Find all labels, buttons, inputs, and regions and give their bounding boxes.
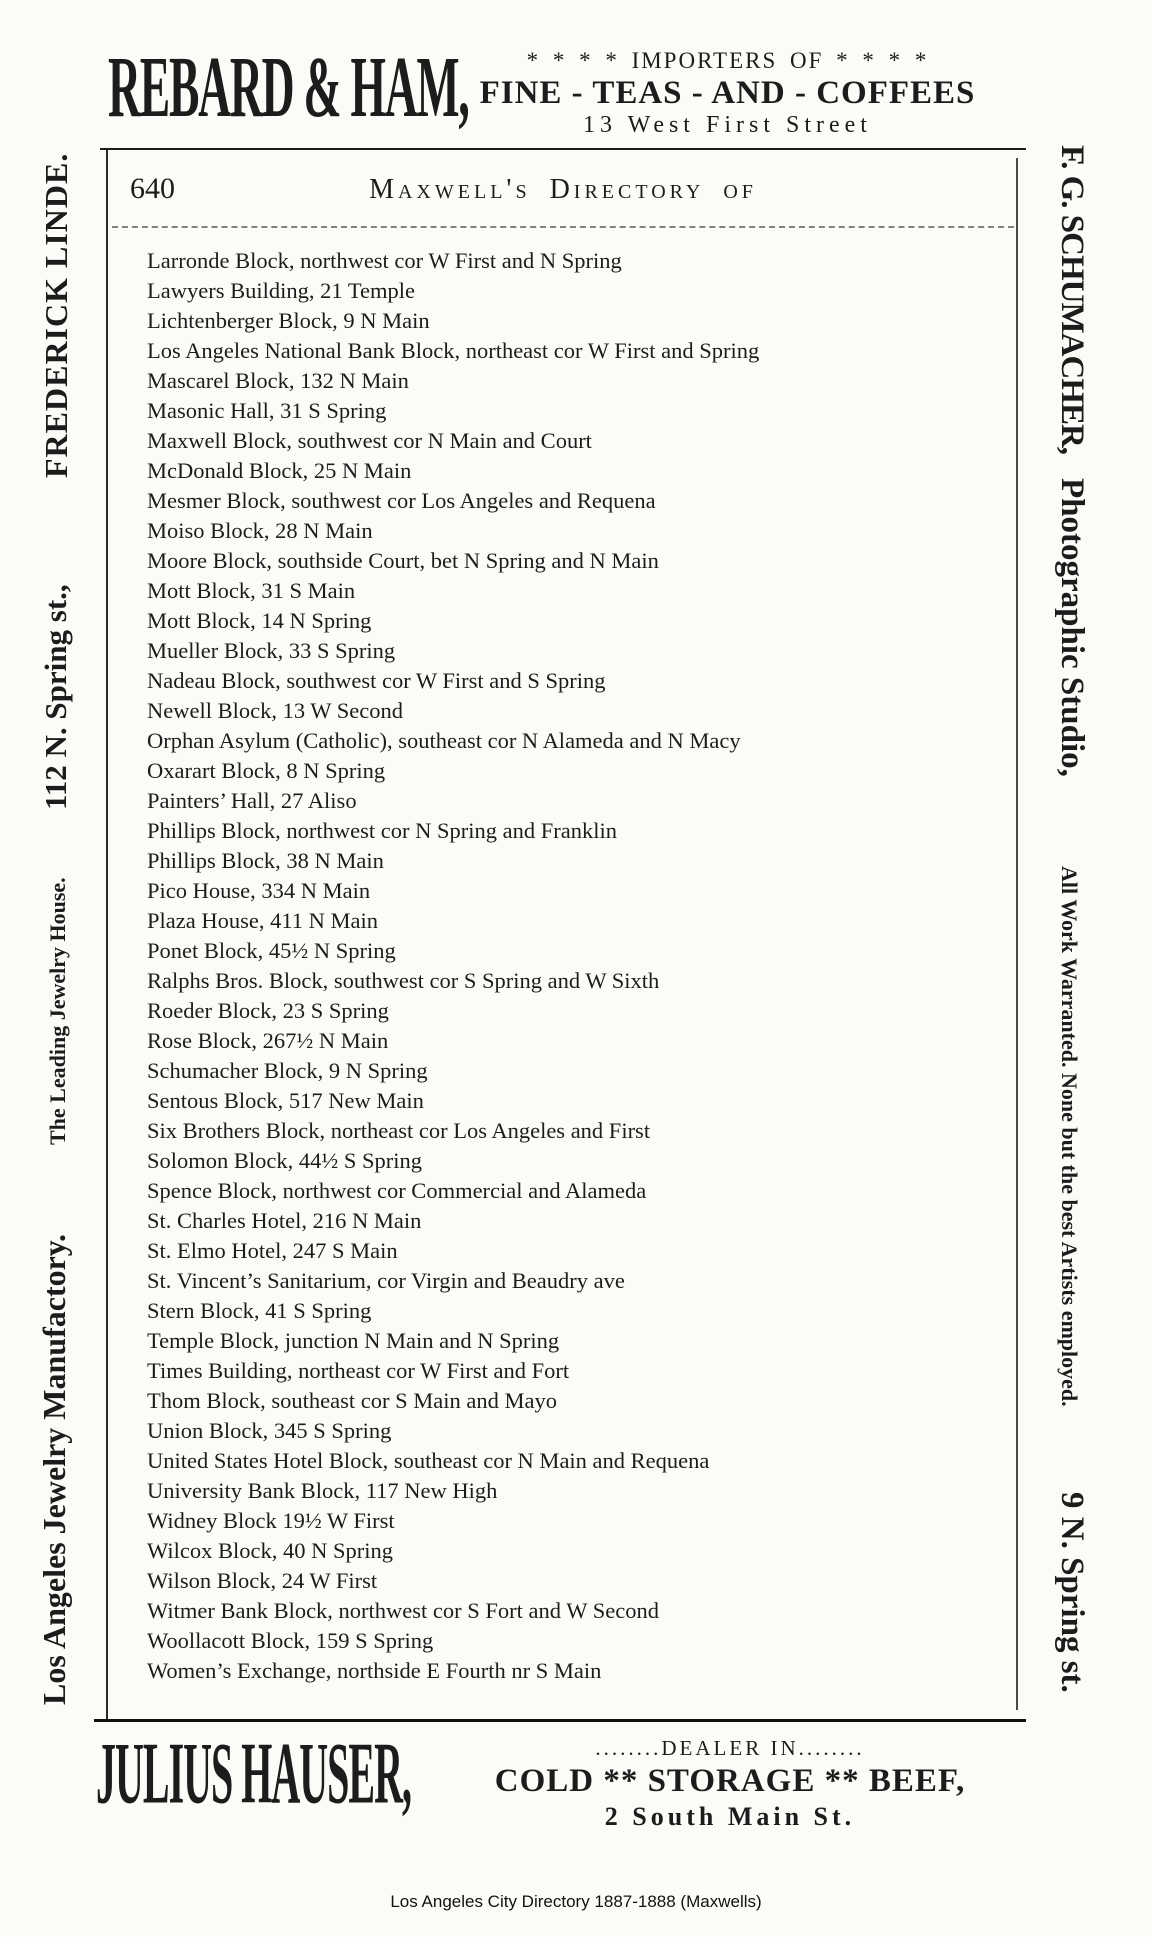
directory-entry: Larronde Block, northwest cor W First an… xyxy=(147,246,1009,276)
directory-entry: Thom Block, southeast cor S Main and May… xyxy=(147,1386,1009,1416)
top-ad-detail: * * * * IMPORTERS OF * * * * FINE - TEAS… xyxy=(420,48,1035,139)
directory-entry: Moore Block, southside Court, bet N Spri… xyxy=(147,546,1009,576)
directory-entry: Newell Block, 13 W Second xyxy=(147,696,1009,726)
directory-entry: Pico House, 334 N Main xyxy=(147,876,1009,906)
directory-entry: Ralphs Bros. Block, southwest cor S Spri… xyxy=(147,966,1009,996)
top-ad-company-name: REBARD & HAM, xyxy=(108,44,469,131)
directory-entry: Masonic Hall, 31 S Spring xyxy=(147,396,1009,426)
content-left-border xyxy=(106,150,108,1720)
directory-entry: Witmer Bank Block, northwest cor S Fort … xyxy=(147,1596,1009,1626)
directory-entry: Rose Block, 267½ N Main xyxy=(147,1026,1009,1056)
directory-entry: Orphan Asylum (Catholic), southeast cor … xyxy=(147,726,1009,756)
directory-entry: Union Block, 345 S Spring xyxy=(147,1416,1009,1446)
bottom-ad-detail: ........DEALER IN........ COLD ** STORAG… xyxy=(430,1736,1030,1832)
directory-entry: Mott Block, 14 N Spring xyxy=(147,606,1009,636)
directory-list: Larronde Block, northwest cor W First an… xyxy=(147,246,1009,1686)
bottom-ad-product-line: COLD ** STORAGE ** BEEF, xyxy=(430,1763,1030,1800)
directory-entry: United States Hotel Block, southeast cor… xyxy=(147,1446,1009,1476)
top-ad-address: 13 West First Street xyxy=(420,112,1035,139)
directory-entry: Roeder Block, 23 S Spring xyxy=(147,996,1009,1026)
scan-caption: Los Angeles City Directory 1887-1888 (Ma… xyxy=(0,1892,1152,1912)
directory-entry: Widney Block 19½ W First xyxy=(147,1506,1009,1536)
directory-entry: Los Angeles National Bank Block, northea… xyxy=(147,336,1009,366)
directory-entry: Sentous Block, 517 New Main xyxy=(147,1086,1009,1116)
bottom-ad-company-name: JULIUS HAUSER, xyxy=(96,1730,411,1818)
directory-entry: Oxarart Block, 8 N Spring xyxy=(147,756,1009,786)
left-ad-address: 112 N. Spring st., xyxy=(38,520,98,810)
directory-entry: Wilson Block, 24 W First xyxy=(147,1566,1009,1596)
header-divider-rule xyxy=(112,226,1014,228)
directory-entry: Mesmer Block, southwest cor Los Angeles … xyxy=(147,486,1009,516)
directory-entry: Phillips Block, 38 N Main xyxy=(147,846,1009,876)
right-ad-tagline: All Work Warranted. None but the best Ar… xyxy=(1036,866,1082,1496)
directory-entry: Phillips Block, northwest cor N Spring a… xyxy=(147,816,1009,846)
directory-entry: Spence Block, northwest cor Commercial a… xyxy=(147,1176,1009,1206)
directory-entry: Mascarel Block, 132 N Main xyxy=(147,366,1009,396)
left-ad-manufactory-line: Los Angeles Jewelry Manufactory. xyxy=(36,1145,98,1705)
top-rule xyxy=(100,148,1026,150)
directory-entry: Ponet Block, 45½ N Spring xyxy=(147,936,1009,966)
directory-entry: Maxwell Block, southwest cor N Main and … xyxy=(147,426,1009,456)
directory-entry: Nadeau Block, southwest cor W First and … xyxy=(147,666,1009,696)
directory-entry: Wilcox Block, 40 N Spring xyxy=(147,1536,1009,1566)
directory-entry: St. Vincent’s Sanitarium, cor Virgin and… xyxy=(147,1266,1009,1296)
directory-entry: Stern Block, 41 S Spring xyxy=(147,1296,1009,1326)
directory-entry: Woollacott Block, 159 S Spring xyxy=(147,1626,1009,1656)
directory-entry: University Bank Block, 117 New High xyxy=(147,1476,1009,1506)
page-title: Maxwell's Directory of xyxy=(110,174,1016,206)
directory-entry: Moiso Block, 28 N Main xyxy=(147,516,1009,546)
directory-entry: Lichtenberger Block, 9 N Main xyxy=(147,306,1009,336)
directory-entry: Temple Block, junction N Main and N Spri… xyxy=(147,1326,1009,1356)
directory-entry: Plaza House, 411 N Main xyxy=(147,906,1009,936)
directory-entry: Solomon Block, 44½ S Spring xyxy=(147,1146,1009,1176)
directory-entry: Mueller Block, 33 S Spring xyxy=(147,636,1009,666)
directory-entry: Times Building, northeast cor W First an… xyxy=(147,1356,1009,1386)
directory-entry: Painters’ Hall, 27 Aliso xyxy=(147,786,1009,816)
directory-entry: Six Brothers Block, northeast cor Los An… xyxy=(147,1116,1009,1146)
directory-entry: St. Charles Hotel, 216 N Main xyxy=(147,1206,1009,1236)
left-ad-proprietor-name: FREDERICK LINDE. xyxy=(38,148,98,478)
directory-entry: St. Elmo Hotel, 247 S Main xyxy=(147,1236,1009,1266)
top-ad-importers-line: * * * * IMPORTERS OF * * * * xyxy=(420,48,1035,74)
right-ad-proprietor-name: F. G. SCHUMACHER, xyxy=(1028,145,1090,475)
directory-entry: Women’s Exchange, northside E Fourth nr … xyxy=(147,1656,1009,1686)
top-ad-product-line: FINE - TEAS - AND - COFFEES xyxy=(420,75,1035,112)
right-ad-address: 9 N. Spring st. xyxy=(1028,1492,1090,1792)
directory-entry: Mott Block, 31 S Main xyxy=(147,576,1009,606)
bottom-ad-address: 2 South Main St. xyxy=(430,1802,1030,1832)
left-ad-house-line: The Leading Jewelry House. xyxy=(45,845,91,1145)
content-right-border xyxy=(1016,158,1018,1710)
bottom-ad-dealer-line: ........DEALER IN........ xyxy=(430,1736,1030,1761)
bottom-rule xyxy=(94,1719,1026,1722)
right-ad-business: Photographic Studio, xyxy=(1028,478,1090,858)
directory-entry: McDonald Block, 25 N Main xyxy=(147,456,1009,486)
directory-entry: Schumacher Block, 9 N Spring xyxy=(147,1056,1009,1086)
directory-entry: Lawyers Building, 21 Temple xyxy=(147,276,1009,306)
